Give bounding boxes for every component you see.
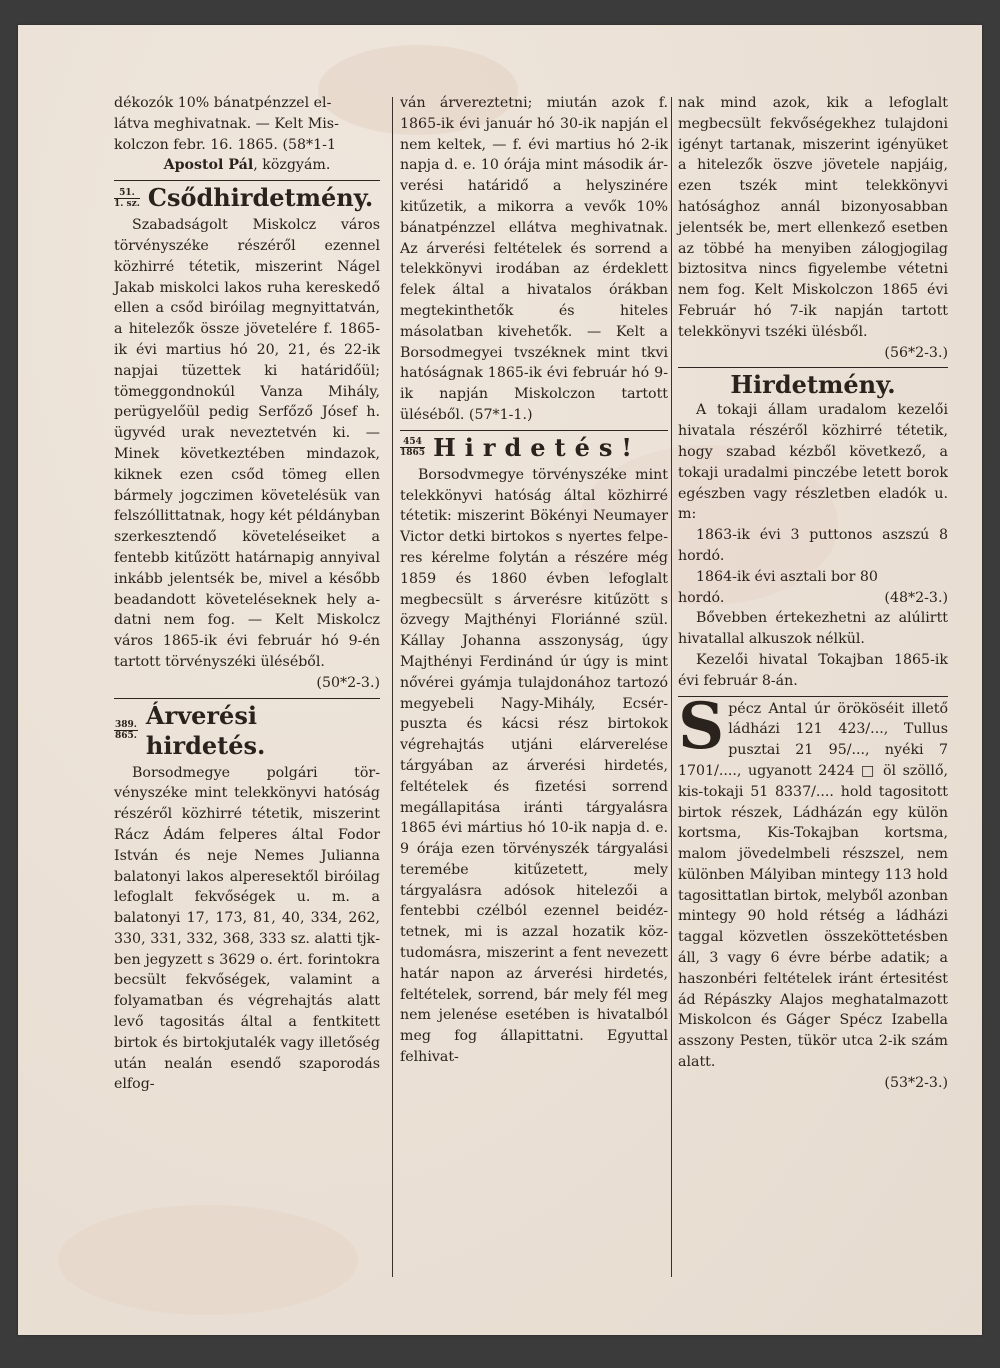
notice-ref: (53*2-3.): [678, 1073, 948, 1094]
notice-with-dropcap: S pécz Antal úr örökösé­it illető ládház…: [678, 699, 948, 1073]
notice-number: 51. 1. sz.: [114, 188, 140, 209]
section-divider: [114, 698, 380, 699]
notice-number: 389. 865.: [114, 720, 138, 741]
column-3: nak mind azok, kik a lefoglalt megbecsül…: [678, 93, 948, 1094]
continued-line: látva meghivatnak. — Kelt Mis-: [114, 114, 380, 135]
notice-item-end: hordó. (48*2-3.): [678, 588, 948, 609]
notice-item: 1863-ik évi 3 puttonos asz­szú 8 hordó.: [678, 525, 948, 567]
notice-heading: 389. 865. Árverési hirdetés.: [114, 701, 380, 761]
notice-body: A tokaji állam uradalom ke­zelői hivatal…: [678, 400, 948, 525]
notice-title: Hirdetmény.: [730, 370, 895, 399]
notice-body: nak mind azok, kik a lefoglalt megbecsül…: [678, 93, 948, 343]
signature-line: Apostol Pál, közgyám.: [114, 155, 380, 176]
notice-ref: (56*2-3.): [678, 343, 948, 364]
notice-title: Hirdetés!: [433, 433, 641, 463]
notice-heading: Hirdetmény.: [678, 370, 948, 400]
notice-item: 1864-ik évi asztali bor 80: [678, 567, 948, 588]
notice-heading: 51. 1. sz. Csődhirdetmény.: [114, 183, 380, 213]
column-2: ván árvereztetni; miután a­zok f. 1865-i…: [400, 93, 668, 1068]
signature-role: , közgyám.: [253, 157, 330, 173]
column-rule: [392, 97, 393, 1277]
notice-ref: (48*2-3.): [884, 588, 948, 609]
section-divider: [114, 180, 380, 181]
newspaper-page: dékozók 10% bánatpénzzel el- látva meghi…: [18, 25, 982, 1335]
column-1: dékozók 10% bánatpénzzel el- látva meghi…: [114, 93, 380, 1095]
section-divider: [678, 367, 948, 368]
notice-title: Csődhirdetmény.: [148, 183, 373, 213]
continued-line: kolczon febr. 16. 1865. (58*1-1: [114, 135, 380, 156]
notice-body: ván árvereztetni; miután a­zok f. 1865-i…: [400, 93, 668, 426]
notice-heading: 454 1865 Hirdetés!: [400, 433, 668, 463]
continued-line: dékozók 10% bánatpénzzel el-: [114, 93, 380, 114]
paper-stain: [58, 1205, 358, 1315]
notice-title: Árverési hirdetés.: [146, 701, 380, 761]
section-divider: [400, 430, 668, 431]
notice-body: Szabadságolt Miskolcz város törvényszéke…: [114, 215, 380, 673]
dropcap-letter: S: [678, 699, 724, 755]
notice-body: Borsodvmegye törvényszéke mint telekköny…: [400, 465, 668, 1068]
notice-ref: (50*2-3.): [114, 673, 380, 694]
column-rule: [671, 97, 672, 1277]
signature-name: Apostol Pál: [164, 157, 254, 173]
notice-sign: Kezelői hivatal Tokaj­ban 1865-ik évi fe…: [678, 650, 948, 692]
notice-more: Bővebben értekezhetni az a­lúlirtt hivat…: [678, 608, 948, 650]
notice-body: Borsodmegye polgári tör­vényszéke mint t…: [114, 763, 380, 1096]
notice-number: 454 1865: [400, 437, 425, 458]
